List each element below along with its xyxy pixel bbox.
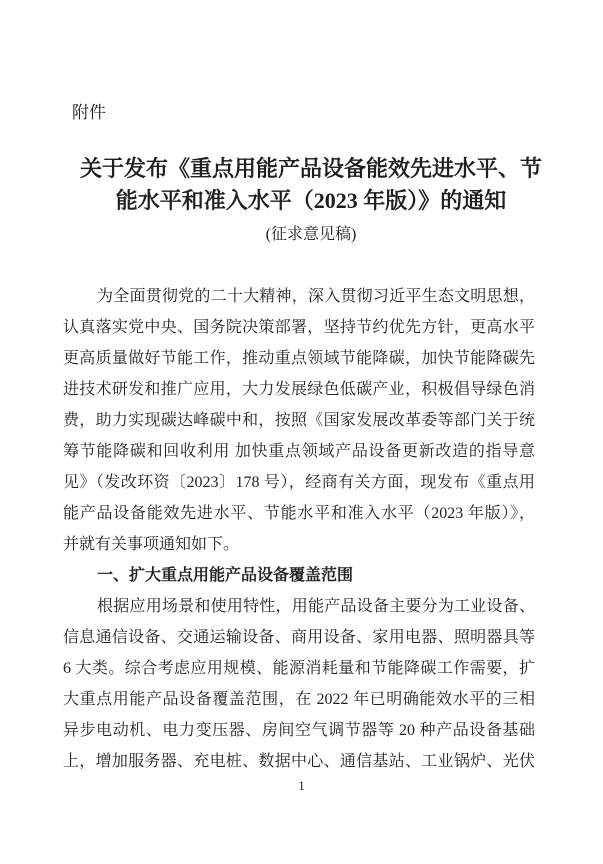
body-line: 根据应用场景和使用特性，用能产品设备主要分为工业设备、 [63,591,535,622]
body-line: 筹节能降碳和回收利用 加快重点领域产品设备更新改造的指导意 [63,436,535,467]
body-line: 费，助力实现碳达峰碳中和，按照《国家发展改革委等部门关于统 [63,405,535,436]
body-line: 并就有关事项通知如下。 [63,529,535,560]
body-line: 能产品设备能效先进水平、节能水平和准入水平（2023 年版）》， [63,498,535,529]
document-title-line-1: 关于发布《重点用能产品设备能效先进水平、节 [75,153,547,185]
body-line: 为全面贯彻党的二十大精神，深入贯彻习近平生态文明思想， [63,281,535,312]
attachment-label: 附件 [72,102,106,123]
body-line: 认真落实党中央、国务院决策部署，坚持节约优先方针，更高水平 [63,312,535,343]
body-line: 6 大类。综合考虑应用规模、能源消耗量和节能降碳工作需要，扩 [63,653,535,684]
body-line: 更高质量做好节能工作，推动重点领域节能降碳，加快节能降碳先 [63,343,535,374]
document-title: 关于发布《重点用能产品设备能效先进水平、节 能水平和准入水平（2023 年版）》… [75,153,547,217]
body-line: 进技术研发和推广应用，大力发展绿色低碳产业，积极倡导绿色消 [63,374,535,405]
body-line: 异步电动机、电力变压器、房间空气调节器等 20 种产品设备基础 [63,715,535,746]
document-body: 为全面贯彻党的二十大精神，深入贯彻习近平生态文明思想，认真落实党中央、国务院决策… [63,281,535,777]
body-line: 信息通信设备、交通运输设备、商用设备、家用电器、照明器具等 [63,622,535,653]
section-heading: 一、扩大重点用能产品设备覆盖范围 [63,560,535,591]
body-line: 见》（发改环资〔2023〕178 号），经商有关方面，现发布《重点用 [63,467,535,498]
body-line: 大重点用能产品设备覆盖范围，在 2022 年已明确能效水平的三相 [63,684,535,715]
document-subtitle: (征求意见稿) [75,222,547,248]
page-number: 1 [0,776,603,796]
document-page: 附件 关于发布《重点用能产品设备能效先进水平、节 能水平和准入水平（2023 年… [0,0,603,864]
body-line: 上，增加服务器、充电桩、数据中心、通信基站、工业锅炉、光伏 [63,746,535,777]
document-title-line-2: 能水平和准入水平（2023 年版）》的通知 [75,185,547,217]
